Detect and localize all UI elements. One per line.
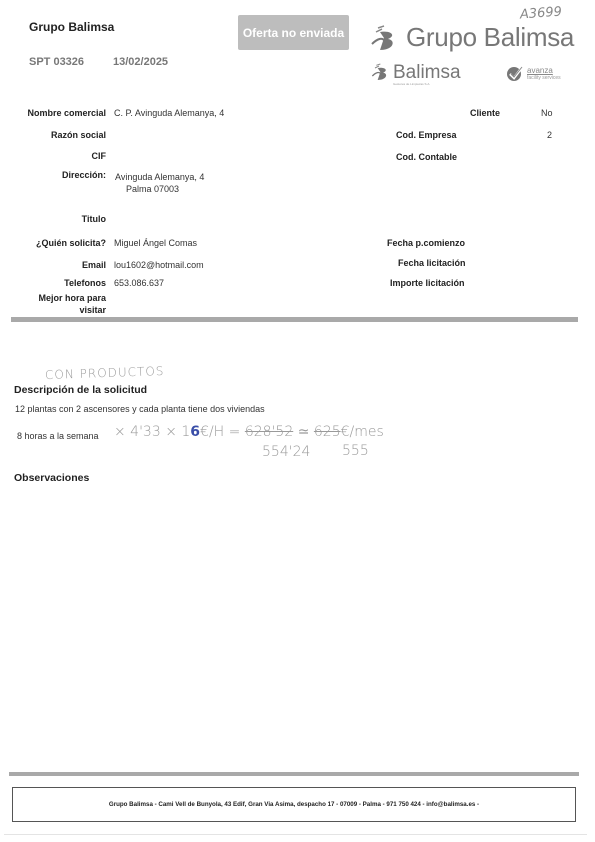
logo-sub-tagline: Gestores de Limpiezas S.A.: [393, 82, 430, 86]
calc-corrected-value-1: 554'24: [262, 444, 310, 460]
label-titulo: Titulo: [10, 214, 106, 224]
label-quien-solicita: ¿Quién solicita?: [10, 238, 106, 248]
avanza-tagline: facility services: [527, 75, 561, 81]
footer-box: Grupo Balimsa - Cami Vell de Bunyola, 43…: [12, 787, 576, 822]
company-name: Grupo Balimsa: [29, 20, 114, 34]
label-fecha-licitacion: Fecha licitación: [398, 258, 466, 268]
value-quien-solicita: Miguel Ángel Comas: [114, 238, 197, 248]
status-badge: Oferta no enviada: [238, 15, 349, 50]
label-mejor-hora-visitar: visitar: [10, 305, 106, 315]
request-date: 13/02/2025: [113, 56, 168, 68]
balimsa-bird-small-icon: [371, 62, 391, 82]
calc-blue-digit: 6: [190, 424, 200, 440]
handwritten-calculation: × 4'33 × 16€/H = 628'52 ≃ 625€/mes: [114, 424, 384, 440]
description-title: Descripción de la solicitud: [14, 384, 147, 396]
footer-contact-text: Grupo Balimsa - Cami Vell de Bunyola, 43…: [109, 801, 479, 808]
value-nombre-comercial: C. P. Avinguda Alemanya, 4: [114, 108, 224, 118]
page-bottom-line: [4, 834, 587, 835]
value-direccion-city: Palma 07003: [126, 184, 179, 194]
label-cliente: Cliente: [470, 108, 500, 118]
label-cif: CIF: [10, 151, 106, 161]
observations-title: Observaciones: [14, 472, 89, 484]
label-mejor-hora: Mejor hora para: [10, 293, 106, 303]
label-cod-contable: Cod. Contable: [396, 152, 457, 162]
avanza-name: avanza: [527, 66, 561, 75]
balimsa-bird-icon: [370, 24, 400, 52]
logo-main-text: Grupo Balimsa: [406, 22, 574, 53]
value-cliente: No: [541, 108, 553, 118]
label-fecha-comienzo: Fecha p.comienzo: [387, 238, 465, 248]
label-direccion: Dirección:: [10, 170, 106, 180]
avanza-logo: avanza facility services: [506, 64, 561, 82]
label-nombre-comercial: Nombre comercial: [10, 108, 106, 118]
handwritten-note-con-productos: CON PRODUCTOS: [45, 364, 165, 382]
calc-struck-value-1: 628'52: [245, 424, 293, 440]
label-importe-licitacion: Importe licitación: [390, 278, 465, 288]
handwritten-reference: A3699: [520, 5, 563, 23]
avanza-check-icon: [506, 64, 524, 82]
calc-part-2: €/H =: [200, 424, 240, 440]
footer-divider: [9, 772, 579, 776]
calc-approx: ≃: [298, 424, 310, 440]
label-telefonos: Telefonos: [10, 278, 106, 288]
logo-sub-text: Balimsa: [393, 63, 461, 82]
calc-unit: €/mes: [341, 424, 384, 440]
balimsa-logo: Balimsa Gestores de Limpiezas S.A.: [371, 62, 461, 82]
request-reference: SPT 03326: [29, 56, 84, 68]
label-razon-social: Razón social: [10, 130, 106, 140]
grupo-balimsa-logo: Grupo Balimsa: [370, 22, 574, 53]
value-cod-empresa: 2: [547, 130, 552, 140]
description-line-2: 8 horas a la semana: [17, 431, 99, 441]
label-email: Email: [10, 260, 106, 270]
description-line-1: 12 plantas con 2 ascensores y cada plant…: [15, 404, 265, 414]
value-email: lou1602@hotmail.com: [114, 260, 204, 270]
value-telefonos: 653.086.637: [114, 278, 164, 288]
calc-struck-value-2: 625: [314, 424, 341, 440]
calc-part-1: × 4'33 × 1: [114, 424, 190, 440]
value-direccion: Avinguda Alemanya, 4: [115, 172, 204, 182]
section-divider: [11, 317, 578, 322]
label-cod-empresa: Cod. Empresa: [396, 130, 457, 140]
calc-corrected-value-2: 555: [342, 443, 369, 459]
